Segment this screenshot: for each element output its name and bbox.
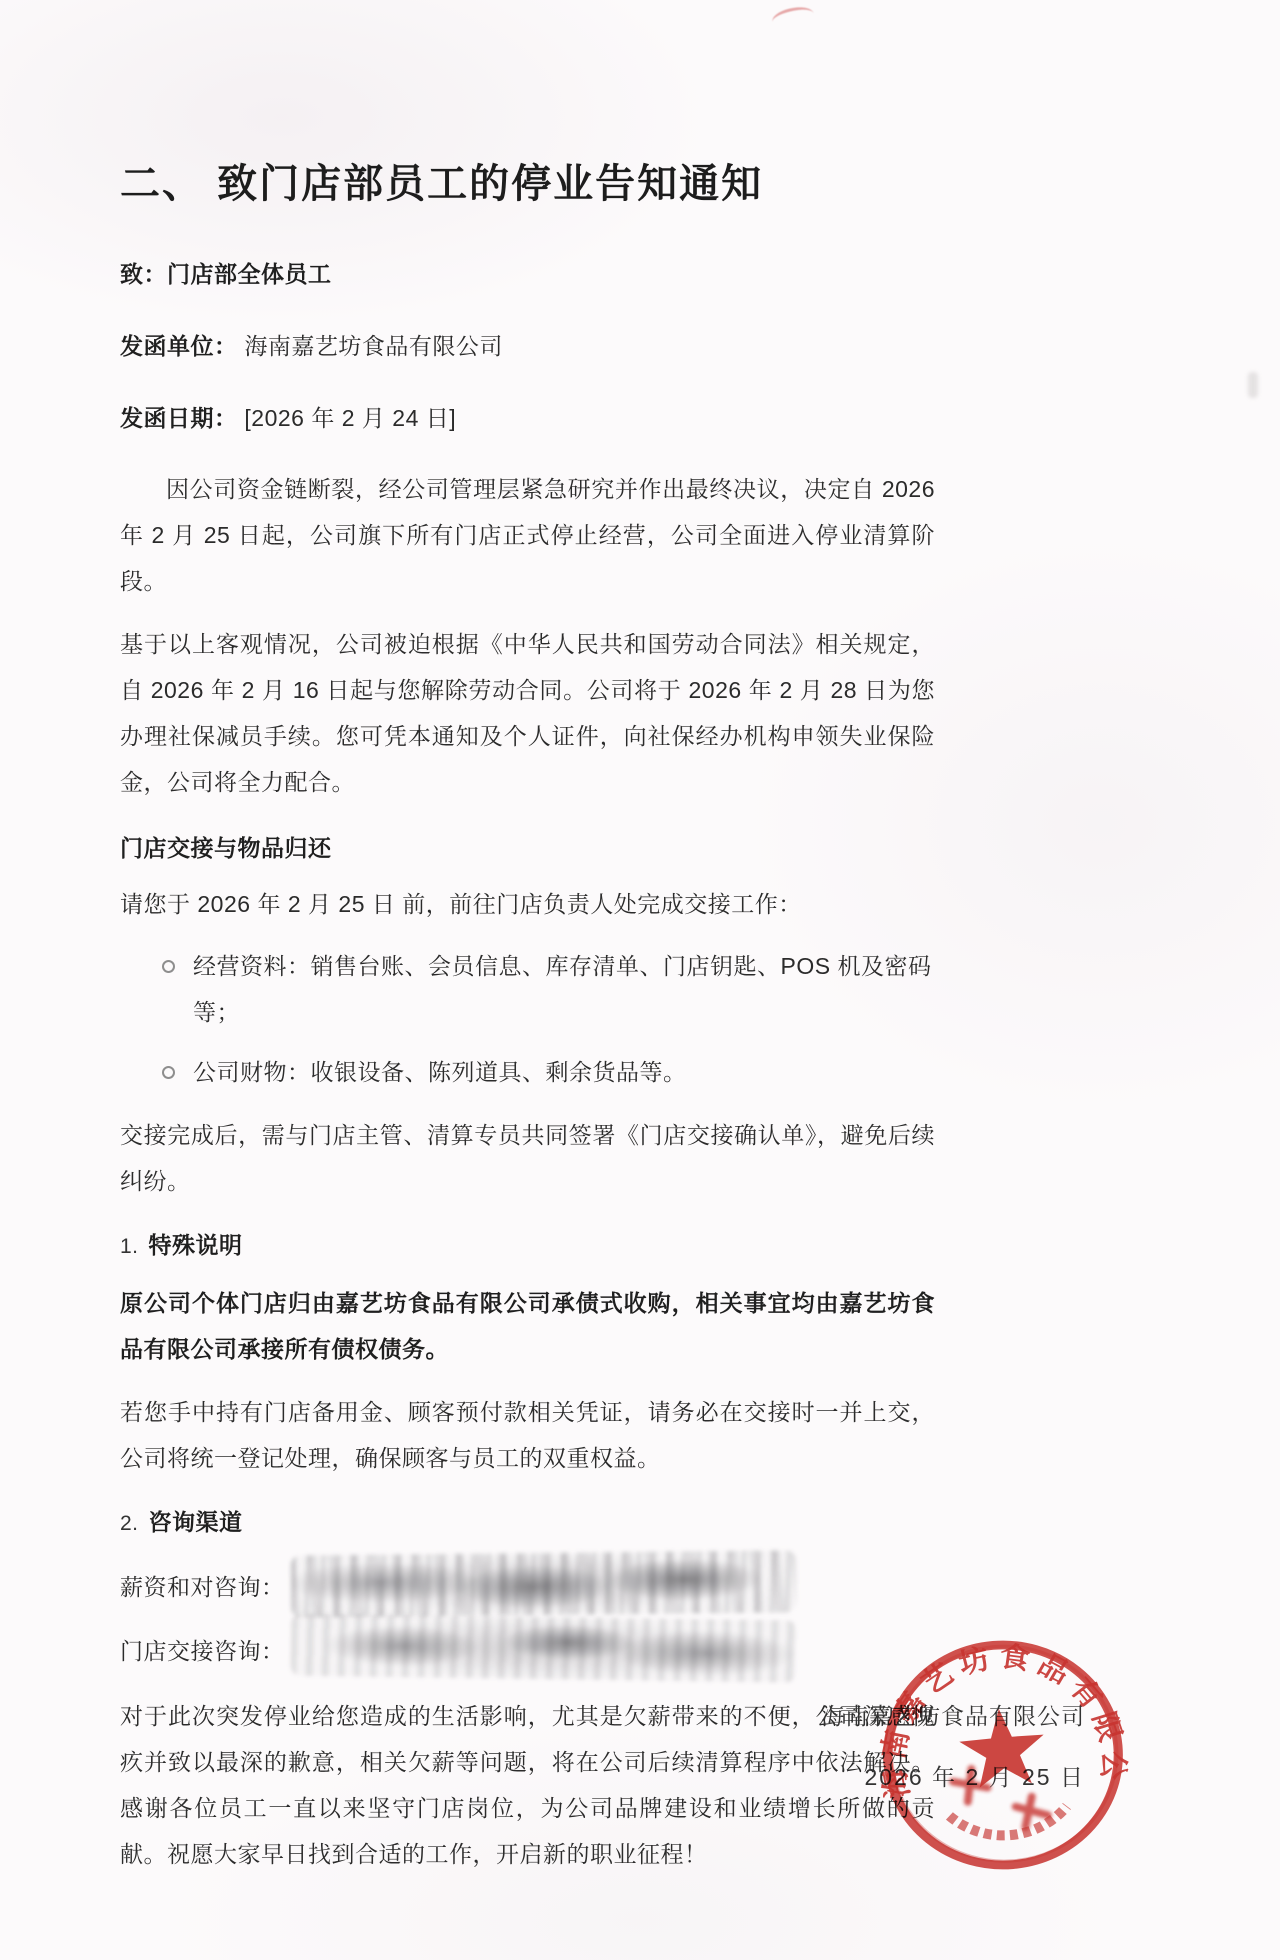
section2-number: 2. — [120, 1512, 139, 1535]
sender-value: 海南嘉艺坊食品有限公司 — [244, 333, 503, 359]
bullet-item-company-property: 公司财物：收银设备、陈列道具、剩余货品等。 — [120, 1049, 935, 1095]
handover-intro: 请您于 2026 年 2 月 25 日 前，前往门店负责人处完成交接工作： — [120, 881, 935, 927]
handover-close-paragraph: 交接完成后，需与门店主管、清算专员共同签署《门店交接确认单》，避免后续纠纷。 — [120, 1112, 935, 1204]
to-value: 门店部全体员工 — [167, 261, 332, 287]
date-value: [2026 年 2 月 24 日] — [244, 405, 456, 431]
paragraph-opening: 因公司资金链断裂，经公司管理层紧急研究并作出最终决议，决定自 2026 年 2 … — [120, 466, 935, 604]
section1-number: 1. — [120, 1235, 139, 1258]
section1-title: 特殊说明 — [149, 1232, 243, 1258]
sender-label: 发函单位： — [120, 333, 238, 359]
contact-salary-line: 薪资和对咨询： — [120, 1563, 935, 1615]
scan-artifact-gray-smudge — [1248, 372, 1258, 398]
seal-bottom-small-characters — [949, 1806, 1069, 1840]
date-label: 发函日期： — [120, 405, 238, 431]
section2-heading: 2.咨询渠道 — [120, 1499, 935, 1547]
date-line: 发函日期： [2026 年 2 月 24 日] — [120, 402, 935, 434]
bullet-circle-icon — [162, 1066, 175, 1079]
contact-handover-line: 门店交接咨询： — [120, 1627, 935, 1679]
to-line: 致：门店部全体员工 — [120, 258, 935, 290]
bullet-text: 经营资料：销售台账、会员信息、库存清单、门店钥匙、POS 机及密码等； — [193, 943, 935, 1035]
sender-line: 发函单位： 海南嘉艺坊食品有限公司 — [120, 330, 935, 362]
contact-handover-label: 门店交接咨询： — [120, 1638, 285, 1664]
bullet-circle-icon — [162, 960, 175, 973]
bullet-text: 公司财物：收银设备、陈列道具、剩余货品等。 — [193, 1049, 687, 1095]
redaction-scribble — [290, 1550, 796, 1617]
section1-paragraph: 若您手中持有门店备用金、顾客预付款相关凭证，请务必在交接时一并上交，公司将统一登… — [120, 1389, 935, 1481]
section1-heading: 1.特殊说明 — [120, 1222, 935, 1270]
bullet-item-business-materials: 经营资料：销售台账、会员信息、库存清单、门店钥匙、POS 机及密码等； — [120, 943, 935, 1035]
section2-title: 咨询渠道 — [149, 1509, 243, 1535]
closing-paragraph: 对于此次突发停业给您造成的生活影响，尤其是欠薪带来的不便，公司深感愧疚并致以最深… — [120, 1693, 935, 1877]
contact-salary-label: 薪资和对咨询： — [120, 1574, 285, 1600]
document-body: 二、 致门店部员工的停业告知通知 致：门店部全体员工 发函单位： 海南嘉艺坊食品… — [120, 0, 935, 1877]
paragraph-termination: 基于以上客观情况，公司被迫根据《中华人民共和国劳动合同法》相关规定，自 2026… — [120, 621, 935, 805]
document-title: 二、 致门店部员工的停业告知通知 — [120, 160, 935, 208]
company-seal-stamp: 海南嘉艺坊食品有限公司 — [872, 1630, 1134, 1880]
scanned-document-page: 二、 致门店部员工的停业告知通知 致：门店部全体员工 发函单位： 海南嘉艺坊食品… — [0, 0, 1280, 1960]
handover-heading: 门店交接与物品归还 — [120, 825, 935, 871]
to-label: 致： — [120, 261, 167, 287]
section1-bold-paragraph: 原公司个体门店归由嘉艺坊食品有限公司承债式收购，相关事宜均由嘉艺坊食品有限公司承… — [120, 1280, 935, 1372]
redaction-scribble — [290, 1613, 796, 1682]
